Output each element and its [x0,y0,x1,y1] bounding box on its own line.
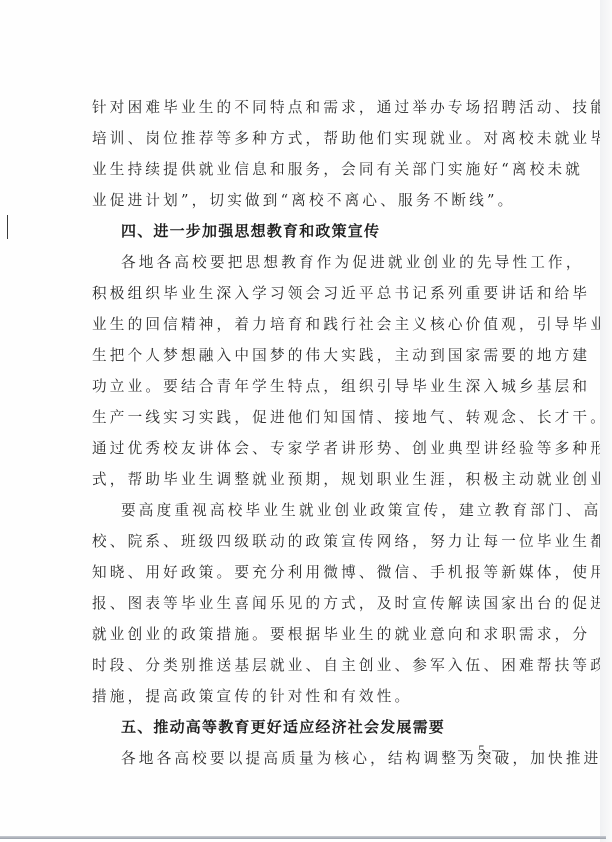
section-4-paragraph-2: 要高度重视高校毕业生就业创业政策宣传，建立教育部门、高 校、院系、班级四级联动的… [92,495,514,712]
text-line: 积极组织毕业生深入学习领会习近平总书记系列重要讲话和给毕 [92,278,514,309]
text-line: 时段、分类别推送基层就业、自主创业、参军入伍、困难帮扶等政策 [92,650,514,681]
section-5-paragraph-1: 各地各高校要以提高质量为核心，结构调整为突破，加快推进 [92,743,514,774]
text-line: 就业创业的政策措施。要根据毕业生的就业意向和求职需求，分 [92,619,514,650]
paragraph-continued: 针对困难毕业生的不同特点和需求，通过举办专场招聘活动、技能 培训、岗位推荐等多种… [92,92,514,216]
section-heading-4: 四、进一步加强思想教育和政策宣传 [92,216,514,247]
text-line: 式，帮助毕业生调整就业预期，规划职业生涯，积极主动就业创业。 [92,464,514,495]
page-number: — 5 — [458,742,507,758]
text-line: 业生持续提供就业信息和服务，会同有关部门实施好“离校未就 [92,154,514,185]
text-line: 针对困难毕业生的不同特点和需求，通过举办专场招聘活动、技能 [92,92,514,123]
text-line: 业生的回信精神，着力培育和践行社会主义核心价值观，引导毕业 [92,309,514,340]
page-stack-edge [600,0,612,842]
text-line: 报、图表等毕业生喜闻乐见的方式，及时宣传解读国家出台的促进 [92,588,514,619]
text-line: 生把个人梦想融入中国梦的伟大实践，主动到国家需要的地方建 [92,340,514,371]
text-line: 要高度重视高校毕业生就业创业政策宣传，建立教育部门、高 [92,495,514,526]
text-line: 通过优秀校友讲体会、专家学者讲形势、创业典型讲经验等多种形 [92,433,514,464]
document-body: 针对困难毕业生的不同特点和需求，通过举办专场招聘活动、技能 培训、岗位推荐等多种… [92,92,514,774]
text-line: 措施，提高政策宣传的针对性和有效性。 [92,681,514,712]
page-bottom-edge [0,836,606,839]
text-line: 各地各高校要把思想教育作为促进就业创业的先导性工作， [92,247,514,278]
text-line: 培训、岗位推荐等多种方式，帮助他们实现就业。对离校未就业毕 [92,123,514,154]
section-4-paragraph-1: 各地各高校要把思想教育作为促进就业创业的先导性工作， 积极组织毕业生深入学习领会… [92,247,514,495]
section-heading-5: 五、推动高等教育更好适应经济社会发展需要 [92,712,514,743]
text-line: 各地各高校要以提高质量为核心，结构调整为突破，加快推进 [92,743,514,774]
text-line: 生产一线实习实践，促进他们知国情、接地气、转观念、长才干。要 [92,402,514,433]
binding-mark [7,215,8,239]
text-line: 业促进计划”，切实做到“离校不离心、服务不断线”。 [92,185,514,216]
text-line: 知晓、用好政策。要充分利用微博、微信、手机报等新媒体，使用海 [92,557,514,588]
text-line: 校、院系、班级四级联动的政策宣传网络，努力让每一位毕业生都 [92,526,514,557]
text-line: 功立业。要结合青年学生特点，组织引导毕业生深入城乡基层和 [92,371,514,402]
document-page: 针对困难毕业生的不同特点和需求，通过举办专场招聘活动、技能 培训、岗位推荐等多种… [0,0,601,838]
